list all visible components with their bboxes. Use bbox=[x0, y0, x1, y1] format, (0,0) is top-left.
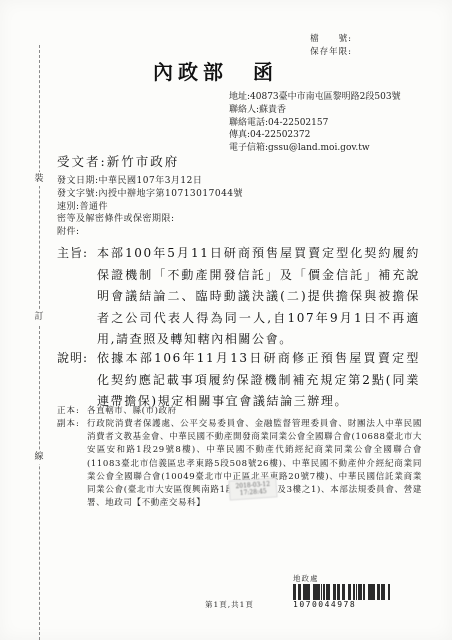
contact-fax: 傳真:04-22502372 bbox=[229, 129, 401, 142]
contact-phone: 聯絡電話:04-22502157 bbox=[229, 117, 401, 130]
original-text: 各直轄市、縣(市)政府 bbox=[87, 405, 422, 418]
original-recipients: 正本: 各直轄市、縣(市)政府 bbox=[57, 405, 422, 418]
binding-mark-zhuang: 裝 bbox=[31, 172, 47, 186]
meta-block: 發文日期:中華民國107年3月12日 發文字號:內授中辦地字第107130170… bbox=[57, 175, 243, 239]
recipient-line: 受文者:新竹市政府 bbox=[57, 152, 179, 170]
copy-label: 副本: bbox=[57, 418, 87, 431]
file-number-label: 檔 號: bbox=[310, 33, 352, 46]
archive-block: 檔 號: 保存年限: bbox=[310, 33, 352, 58]
binding-mark-ding: 訂 bbox=[31, 310, 47, 324]
attachment-line: 附件: bbox=[57, 226, 243, 239]
document-title: 內政部 函 bbox=[153, 56, 278, 85]
barcode-block: 地政處 1070044978 bbox=[293, 574, 403, 610]
explanation-paragraph: 說明: 依據本部106年11月13日研商修正預售屋買賣定型化契約應記載事項履約保… bbox=[57, 348, 420, 413]
retention-period-label: 保存年限: bbox=[310, 46, 352, 59]
binding-line bbox=[39, 45, 40, 640]
contact-block: 地址:40873臺中市南屯區黎明路2段503號 聯絡人:蘇貴香 聯絡電話:04-… bbox=[229, 91, 401, 155]
issue-date-line: 發文日期:中華民國107年3月12日 bbox=[57, 175, 243, 188]
original-label: 正本: bbox=[57, 405, 87, 418]
timestamp-stamp: 2018-03-12 17:28:45 bbox=[228, 477, 277, 500]
contact-person: 聯絡人:蘇貴香 bbox=[229, 104, 401, 117]
barcode bbox=[293, 584, 391, 600]
barcode-label: 地政處 bbox=[293, 574, 403, 583]
page-footer: 第1頁,共1頁 bbox=[205, 599, 254, 610]
recipient-name: 新竹市政府 bbox=[107, 154, 180, 169]
contact-address: 地址:40873臺中市南屯區黎明路2段503號 bbox=[229, 91, 401, 104]
explanation-label: 說明: bbox=[57, 348, 97, 370]
scanned-official-letter: 裝 訂 線 檔 號: 保存年限: 內政部 函 地址:40873臺中市南屯區黎明路… bbox=[0, 0, 452, 640]
subject-text: 本部100年5月11日研商預售屋買賣定型化契約履約保證機制「不動產開發信託」及「… bbox=[97, 243, 420, 351]
explanation-text: 依據本部106年11月13日研商修正預售屋買賣定型化契約應記載事項履約保證機制補… bbox=[97, 348, 420, 413]
binding-mark-xian: 線 bbox=[31, 450, 47, 464]
recipient-label: 受文者: bbox=[57, 154, 107, 169]
security-class-line: 密等及解密條件或保密期限: bbox=[57, 213, 243, 226]
barcode-number: 1070044978 bbox=[293, 600, 403, 610]
issue-number-line: 發文字號:內授中辦地字第10713017044號 bbox=[57, 188, 243, 201]
speed-class-line: 速別:普通件 bbox=[57, 201, 243, 214]
contact-email: 電子信箱:gssu@land.moi.gov.tw bbox=[229, 142, 401, 155]
subject-label: 主旨: bbox=[57, 243, 97, 265]
subject-paragraph: 主旨: 本部100年5月11日研商預售屋買賣定型化契約履約保證機制「不動產開發信… bbox=[57, 243, 420, 351]
